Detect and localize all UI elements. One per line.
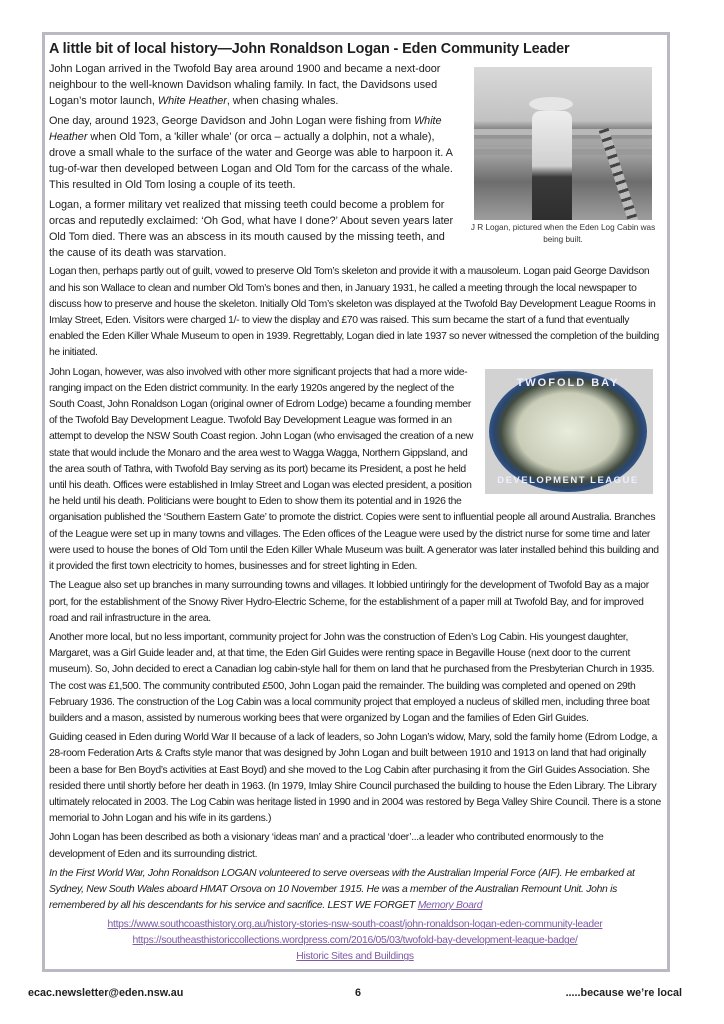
page-number: 6 bbox=[355, 987, 361, 999]
paragraph-4: Logan then, perhaps partly out of guilt,… bbox=[49, 264, 661, 361]
logan-photo-figure: J R Logan, pictured when the Eden Log Ca… bbox=[465, 61, 661, 246]
footer-tagline: .....because we’re local bbox=[566, 987, 682, 999]
article-frame: A little bit of local history—John Ronal… bbox=[42, 32, 670, 972]
historic-sites-link[interactable]: Historic Sites and Buildings bbox=[296, 951, 414, 962]
article-body: A little bit of local history—John Ronal… bbox=[49, 41, 661, 965]
reference-links: https://www.southcoasthistory.org.au/his… bbox=[49, 917, 661, 965]
page-footer: ecac.newsletter@eden.nsw.au 6 .....becau… bbox=[28, 987, 694, 1003]
photo-caption: J R Logan, pictured when the Eden Log Ca… bbox=[465, 222, 661, 246]
paragraph-7: Another more local, but no less importan… bbox=[49, 630, 661, 727]
paragraph-10-ww1: In the First World War, John Ronaldson L… bbox=[49, 866, 661, 915]
footer-email: ecac.newsletter@eden.nsw.au bbox=[28, 987, 183, 999]
logan-log-cabin-photo bbox=[474, 67, 652, 220]
southcoasthistory-link[interactable]: https://www.southcoasthistory.org.au/his… bbox=[108, 919, 603, 930]
paragraph-9: John Logan has been described as both a … bbox=[49, 830, 661, 862]
league-badge-image: TWOFOLD BAY DEVELOPMENT LEAGUE bbox=[489, 371, 647, 492]
memory-board-link[interactable]: Memory Board bbox=[418, 900, 483, 911]
league-badge-figure: TWOFOLD BAY DEVELOPMENT LEAGUE bbox=[485, 369, 653, 494]
paragraph-8: Guiding ceased in Eden during World War … bbox=[49, 730, 661, 827]
southeasthistoriccollections-link[interactable]: https://southeasthistoriccollections.wor… bbox=[132, 935, 577, 946]
article-title: A little bit of local history—John Ronal… bbox=[49, 41, 661, 57]
paragraph-6: The League also set up branches in many … bbox=[49, 578, 661, 627]
